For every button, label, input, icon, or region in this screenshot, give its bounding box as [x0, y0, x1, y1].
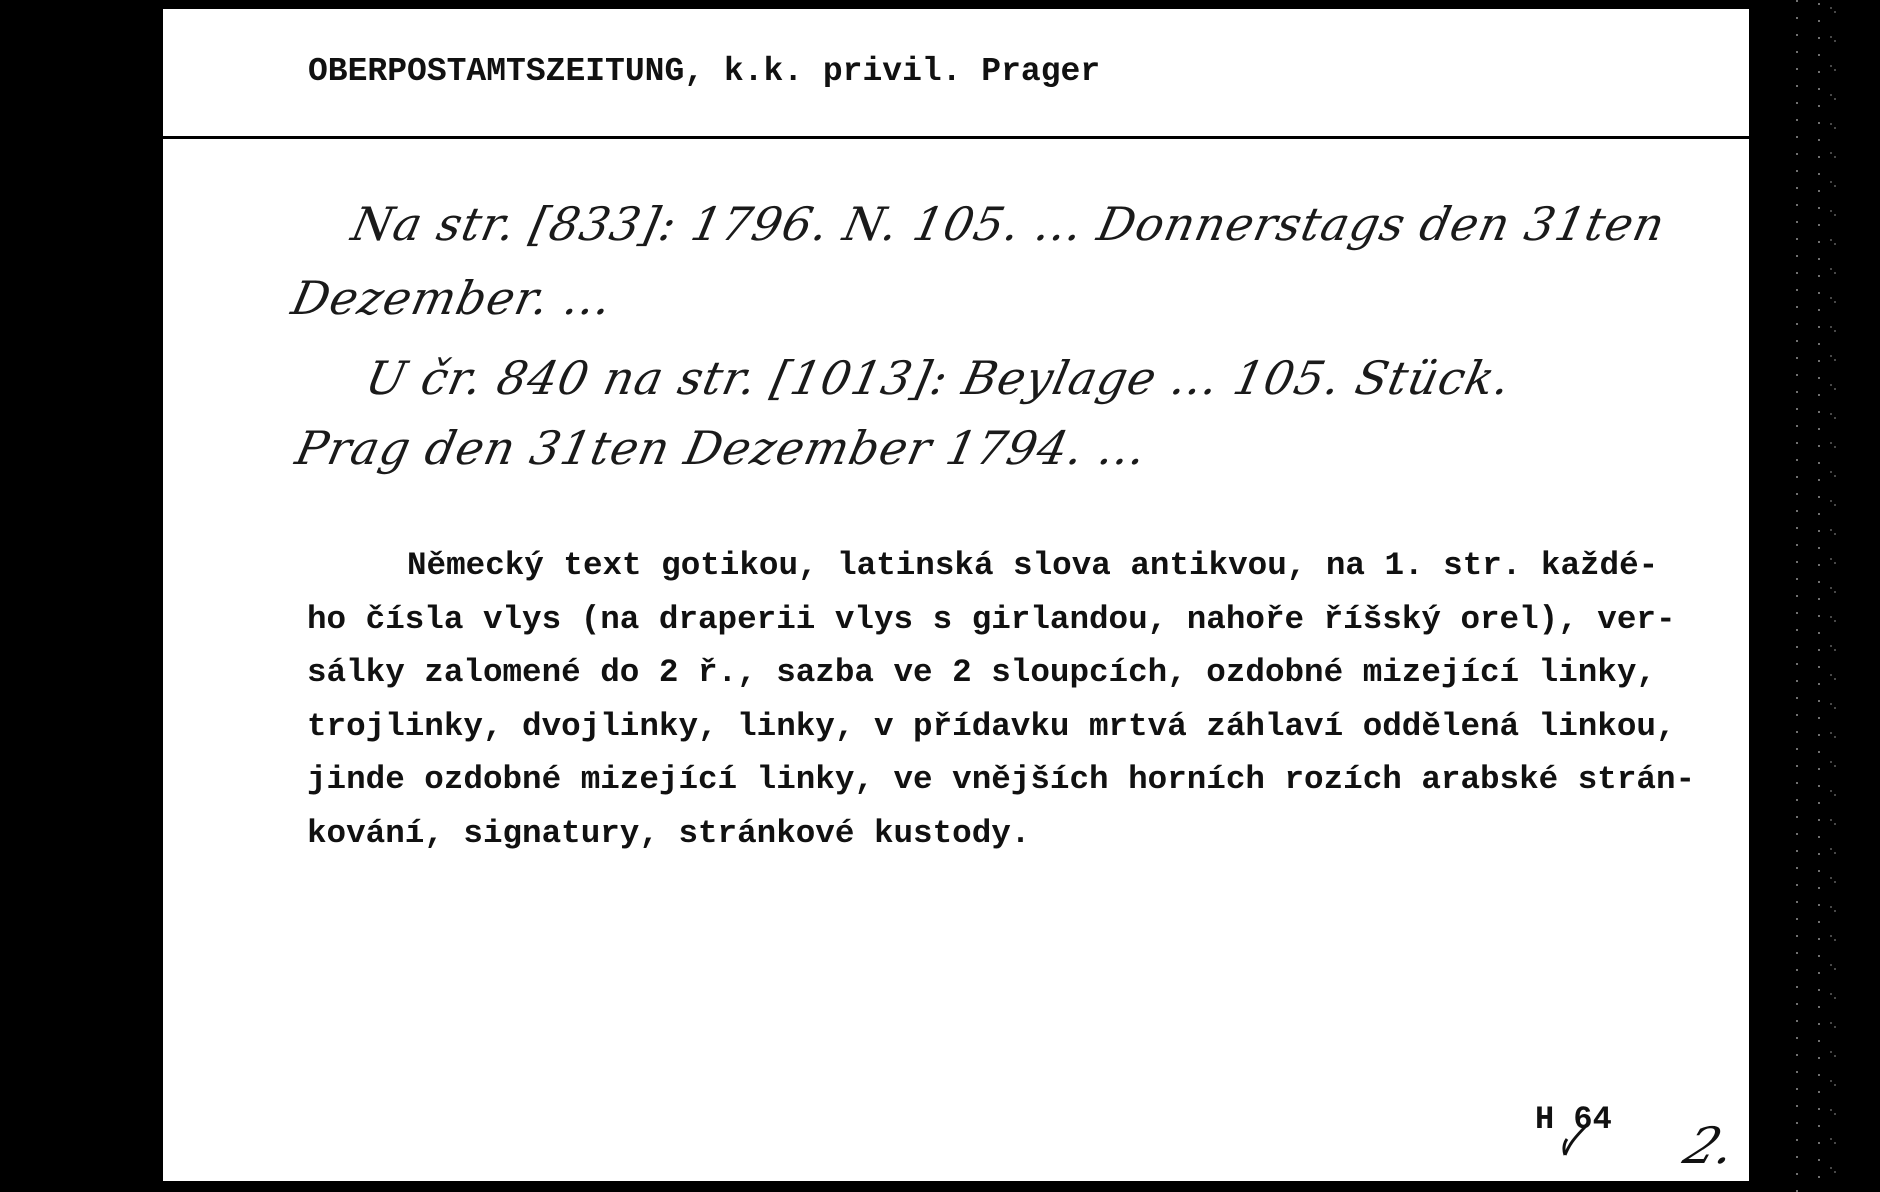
checkmark-icon — [1561, 1117, 1591, 1157]
description-line: kování, signatury, stránkové kustody. — [307, 807, 1807, 861]
description-paragraph: Německý text gotikou, latinská slova ant… — [307, 539, 1807, 860]
handwritten-note-line: Prag den 31ten Dezember 1794. ... — [291, 421, 1152, 475]
description-line: Německý text gotikou, latinská slova ant… — [307, 539, 1807, 593]
scan-noise-strip — [1808, 0, 1868, 1192]
description-line: jinde ozdobné mizející linky, ve vnějšíc… — [307, 753, 1807, 807]
card-title: OBERPOSTAMTSZEITUNG, k.k. privil. Prager — [308, 53, 1100, 90]
handwritten-note-line: Na str. [833]: 1796. N. 105. ... Donners… — [347, 197, 1670, 251]
handwritten-note-line: U čr. 840 na str. [1013]: Beylage ... 10… — [361, 351, 1516, 405]
description-line: ho čísla vlys (na draperii vlys s girlan… — [307, 593, 1807, 647]
description-line: trojlinky, dvojlinky, linky, v přídavku … — [307, 700, 1807, 754]
catalog-card: OBERPOSTAMTSZEITUNG, k.k. privil. Prager… — [163, 9, 1749, 1181]
card-number: 2. — [1676, 1117, 1745, 1175]
card-header: OBERPOSTAMTSZEITUNG, k.k. privil. Prager — [163, 9, 1749, 139]
description-line: sálky zalomené do 2 ř., sazba ve 2 sloup… — [307, 646, 1807, 700]
handwritten-note-line: Dezember. ... — [287, 271, 617, 325]
